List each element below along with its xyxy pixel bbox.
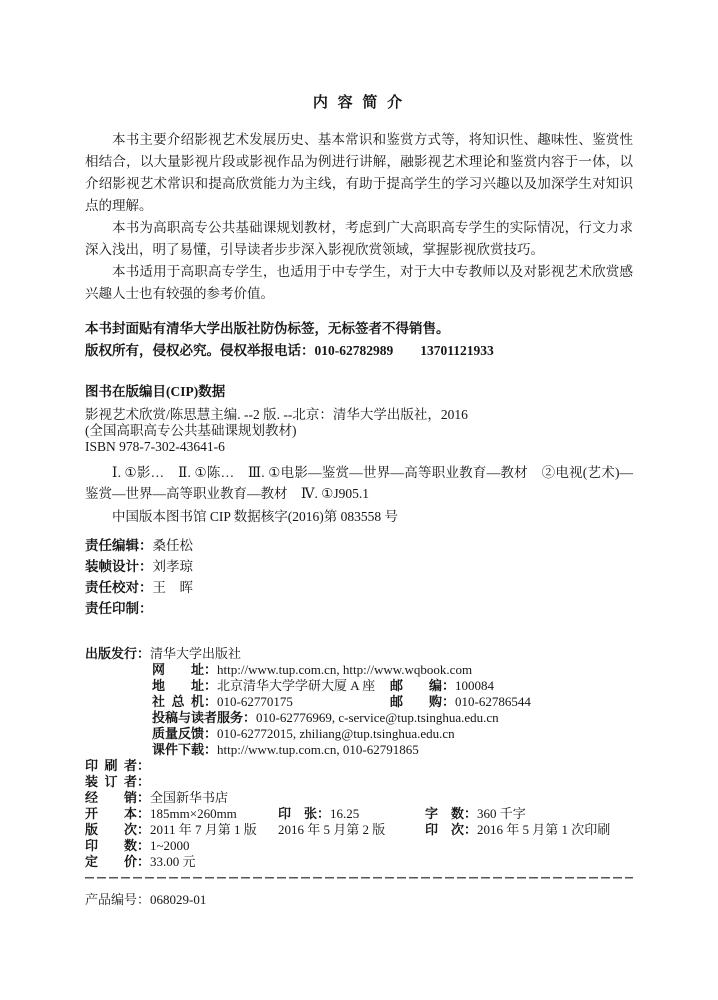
- field-value: 全国新华书店: [150, 790, 228, 805]
- field-value: 010-62772015, zhiliang@tup.tsinghua.edu.…: [217, 726, 455, 741]
- third-column: 印 次：2016 年 5 月第 1 次印刷: [425, 822, 610, 838]
- cip-classification: Ⅰ. ①影… Ⅱ. ①陈… Ⅲ. ①电影—鉴赏—世界—高等职业教育—教材 ②电视…: [85, 462, 633, 504]
- field-value: 刘孝琼: [153, 559, 194, 574]
- field-label: 经 销：: [85, 790, 150, 805]
- field-value: 185mm×260mm: [150, 806, 237, 821]
- section-title: 内 容 简 介: [85, 93, 633, 113]
- field-label: 开 本：: [85, 806, 150, 821]
- editorial-staff: 责任编辑：桑任松 装帧设计：刘孝琼 责任校对：王 晖 责任印制：: [85, 535, 633, 619]
- publisher-row: 出版发行：清华大学出版社: [85, 646, 633, 662]
- field-value: http://www.tup.com.cn, 010-62791865: [217, 742, 419, 757]
- field-value: 360 千字: [477, 806, 526, 821]
- publisher-row: 课件下载：http://www.tup.com.cn, 010-62791865: [85, 742, 633, 758]
- field-value: 33.00 元: [150, 854, 196, 869]
- cip-body: 影视艺术欣赏/陈思慧主编. --2 版. --北京：清华大学出版社，2016 (…: [85, 407, 633, 455]
- publisher-row: 质量反馈：010-62772015, zhiliang@tup.tsinghua…: [85, 726, 633, 742]
- field-value: 1~2000: [150, 838, 190, 853]
- field-value: 100084: [455, 678, 494, 693]
- field-label: 印 数：: [85, 838, 150, 853]
- field-value: 2016 年 5 月第 2 版: [278, 822, 385, 837]
- field-label: 课件下载：: [152, 742, 217, 757]
- publisher-row: 地 址：北京清华大学学研大厦 A 座 邮 编：100084: [85, 678, 633, 694]
- field-value: 2011 年 7 月第 1 版: [150, 822, 257, 837]
- summary-paragraph: 本书主要介绍影视艺术发展历史、基本常识和鉴赏方式等，将知识性、趣味性、鉴赏性相结…: [85, 129, 633, 217]
- summary-paragraph: 本书适用于高职高专学生，也适用于中专学生，对于大中专教师以及对影视艺术欣赏感兴趣…: [85, 261, 633, 305]
- summary-paragraph: 本书为高职高专公共基础课规划教材，考虑到广大高职高专学生的实际情况，行文力求深入…: [85, 217, 633, 261]
- field-label: 投稿与读者服务：: [152, 710, 256, 725]
- staff-row: 装帧设计：刘孝琼: [85, 556, 633, 577]
- cip-record-number: 中国版本图书馆 CIP 数据核字(2016)第 083558 号: [85, 509, 633, 525]
- print-info-row: 版 次：2011 年 7 月第 1 版 2016 年 5 月第 2 版 印 次：…: [85, 822, 633, 838]
- cip-header: 图书在版编目(CIP)数据: [85, 382, 633, 402]
- field-value: 清华大学出版社: [150, 646, 241, 661]
- second-column: 印 张：16.25: [278, 806, 359, 822]
- dashed-divider: [85, 877, 633, 879]
- product-number: 产品编号：068029-01: [85, 892, 633, 908]
- field-value: 16.25: [330, 806, 359, 821]
- field-label: 邮 编：: [390, 678, 455, 693]
- field-value: 010-62770175: [217, 694, 293, 709]
- staff-row: 责任编辑：桑任松: [85, 535, 633, 556]
- print-info-row: 印 刷 者：: [85, 758, 633, 774]
- print-info-row: 开 本：185mm×260mm 印 张：16.25 字 数：360 千字: [85, 806, 633, 822]
- field-label: 地 址：: [152, 678, 217, 693]
- notice-line: 版权所有，侵权必究。侵权举报电话：010-62782989 1370112193…: [85, 340, 633, 362]
- print-info-row: 定 价：33.00 元: [85, 854, 633, 870]
- third-column: 字 数：360 千字: [425, 806, 526, 822]
- field-label: 印 刷 者：: [85, 758, 150, 773]
- field-label: 定 价：: [85, 854, 150, 869]
- field-label: 邮 购：: [390, 694, 455, 709]
- field-value: http://www.tup.com.cn, http://www.wqbook…: [217, 662, 472, 677]
- print-info-row: 印 数：1~2000: [85, 838, 633, 854]
- field-label: 字 数：: [425, 806, 477, 821]
- second-column: 邮 购：010-62786544: [390, 694, 531, 710]
- field-label: 印 次：: [425, 822, 477, 837]
- notice-line: 本书封面贴有清华大学出版社防伪标签，无标签者不得销售。: [85, 318, 633, 340]
- field-label: 社 总 机：: [152, 694, 217, 709]
- copyright-page: 内 容 简 介 本书主要介绍影视艺术发展历史、基本常识和鉴赏方式等，将知识性、趣…: [0, 0, 718, 1000]
- field-label: 印 张：: [278, 806, 330, 821]
- field-label: 产品编号：: [85, 892, 150, 907]
- field-value: 068029-01: [150, 892, 206, 907]
- field-label: 装帧设计：: [85, 559, 153, 574]
- second-column: 2016 年 5 月第 2 版: [278, 822, 385, 838]
- staff-row: 责任印制：: [85, 598, 633, 619]
- field-label: 质量反馈：: [152, 726, 217, 741]
- field-label: 出版发行：: [85, 646, 150, 661]
- field-value: 2016 年 5 月第 1 次印刷: [477, 822, 610, 837]
- print-info-block: 印 刷 者： 装 订 者： 经 销：全国新华书店 开 本：185mm×260mm…: [85, 758, 633, 870]
- field-label: 网 址：: [152, 662, 217, 677]
- field-label: 装 订 者：: [85, 774, 150, 789]
- field-label: 版 次：: [85, 822, 150, 837]
- page-content: 内 容 简 介 本书主要介绍影视艺术发展历史、基本常识和鉴赏方式等，将知识性、趣…: [85, 0, 633, 908]
- staff-row: 责任校对：王 晖: [85, 577, 633, 598]
- publisher-row: 网 址：http://www.tup.com.cn, http://www.wq…: [85, 662, 633, 678]
- second-column: 邮 编：100084: [390, 678, 494, 694]
- cip-title-line: 影视艺术欣赏/陈思慧主编. --2 版. --北京：清华大学出版社，2016: [85, 407, 633, 423]
- anti-piracy-notice: 本书封面贴有清华大学出版社防伪标签，无标签者不得销售。 版权所有，侵权必究。侵权…: [85, 318, 633, 362]
- field-value: 北京清华大学学研大厦 A 座: [217, 678, 375, 693]
- publisher-block: 出版发行：清华大学出版社 网 址：http://www.tup.com.cn, …: [85, 646, 633, 758]
- print-info-row: 装 订 者：: [85, 774, 633, 790]
- field-value: 010-62776969, c-service@tup.tsinghua.edu…: [256, 710, 499, 725]
- publisher-row: 社 总 机：010-62770175 邮 购：010-62786544: [85, 694, 633, 710]
- cip-series-line: (全国高职高专公共基础课规划教材): [85, 423, 633, 439]
- cip-isbn-line: ISBN 978-7-302-43641-6: [85, 439, 633, 455]
- print-info-row: 经 销：全国新华书店: [85, 790, 633, 806]
- field-label: 责任印制：: [85, 601, 153, 616]
- field-value: 010-62786544: [455, 694, 531, 709]
- publisher-row: 投稿与读者服务：010-62776969, c-service@tup.tsin…: [85, 710, 633, 726]
- field-label: 责任校对：: [85, 580, 153, 595]
- field-label: 责任编辑：: [85, 538, 153, 553]
- field-value: 王 晖: [153, 580, 194, 595]
- field-value: 桑任松: [153, 538, 194, 553]
- content-summary: 本书主要介绍影视艺术发展历史、基本常识和鉴赏方式等，将知识性、趣味性、鉴赏性相结…: [85, 129, 633, 305]
